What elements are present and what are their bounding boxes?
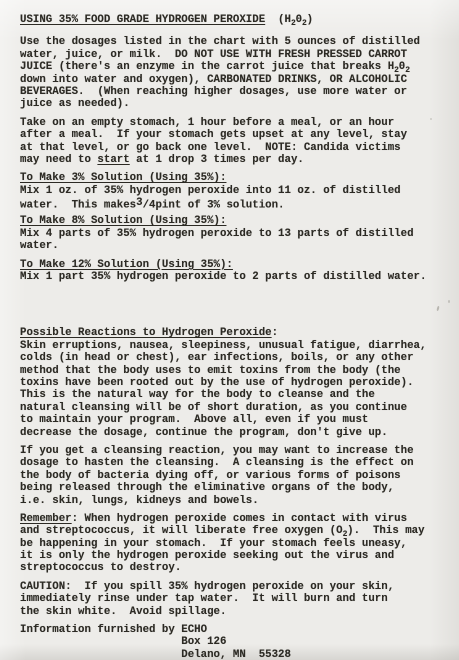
text-line: to maintain your program. Above all, eve… — [20, 414, 426, 426]
text-line: BEVERAGES. (When reaching higher dosages… — [20, 86, 426, 98]
text-line: decrease the dosage, continue the progra… — [20, 427, 426, 439]
block-caution: CAUTION: If you spill 35% hydrogen perox… — [20, 581, 426, 618]
document-content: USING 35% FOOD GRADE HYDROGEN PEROXIDE (… — [20, 14, 426, 660]
text-line: after a meal. If your stomach gets upset… — [20, 129, 426, 141]
text-line: streptococcus to destroy. — [20, 562, 426, 574]
text-line: Delano, MN 55328 — [20, 649, 426, 660]
text-segment: at 1 drop 3 times per day. — [130, 154, 304, 166]
text-segment: toxins have been rooted out by the use o… — [20, 377, 414, 389]
scanned-document-page: USING 35% FOOD GRADE HYDROGEN PEROXIDE (… — [0, 0, 459, 660]
text-segment: start — [97, 154, 129, 166]
text-segment: To Make 12% Solution (Using 35%): — [20, 259, 233, 271]
text-line: CAUTION: If you spill 35% hydrogen perox… — [20, 581, 426, 593]
text-line: water, juice, or milk. DO NOT USE WITH F… — [20, 49, 426, 61]
text-segment: If you get a cleansing reaction, you may… — [20, 445, 414, 457]
text-segment: This is the natural way for the body to … — [20, 389, 375, 401]
text-segment: Skin erruptions, nausea, sleepiness, unu… — [20, 340, 426, 352]
text-line: If you get a cleansing reaction, you may… — [20, 445, 426, 457]
text-segment: ). This may — [347, 525, 424, 537]
text-line: dosage to hasten the cleansing. A cleans… — [20, 457, 426, 469]
scan-speck — [448, 300, 450, 303]
text-line: the body of bacteria dying off, or vario… — [20, 470, 426, 482]
text-segment: CAUTION: If you spill 35% hydrogen perox… — [20, 581, 394, 593]
text-segment: natural cleansing will be of short durat… — [20, 402, 407, 414]
text-line: Skin erruptions, nausea, sleepiness, unu… — [20, 340, 426, 352]
text-segment: water, juice, or milk. DO NOT USE WITH F… — [20, 49, 407, 61]
text-segment: Mix 4 parts of 35% hydrogen peroxide to … — [20, 228, 414, 240]
text-line: may need to start at 1 drop 3 times per … — [20, 154, 426, 166]
text-segment: being released through the eliminative o… — [20, 482, 394, 494]
text-segment: and streptococcus, it will liberate free… — [20, 525, 343, 537]
block-make-3-percent: To Make 3% Solution (Using 35%):Mix 1 oz… — [20, 172, 426, 209]
text-segment: method that the body uses to emit toxins… — [20, 365, 401, 377]
text-line: Information furnished by ECHO — [20, 624, 426, 636]
text-line: immediately rinse under tap water. It wi… — [20, 593, 426, 605]
text-segment: ) — [307, 14, 313, 26]
text-line: Mix 4 parts of 35% hydrogen peroxide to … — [20, 228, 426, 240]
text-segment: i.e. skin, lungs, kidneys and bowels. — [20, 495, 259, 507]
text-segment: juice as needed). — [20, 98, 130, 110]
text-segment: Possible Reactions to Hydrogen Peroxide — [20, 327, 272, 339]
text-segment: Mix 1 part 35% hydrogen peroxide to 2 pa… — [20, 271, 426, 283]
text-segment: Remember — [20, 513, 72, 525]
text-line: down into water and oxygen), CARBONATED … — [20, 74, 426, 86]
text-segment: Mix 1 oz. of 35% hydrogen peroxide into … — [20, 185, 401, 197]
text-line: To Make 3% Solution (Using 35%): — [20, 172, 426, 184]
text-line: it is only the hydrogen peroxide seeking… — [20, 550, 426, 562]
text-segment: pint of 3% solution. — [155, 200, 284, 212]
text-line: This is the natural way for the body to … — [20, 389, 426, 401]
text-line: being released through the eliminative o… — [20, 482, 426, 494]
text-line: Mix 1 part 35% hydrogen peroxide to 2 pa… — [20, 271, 426, 283]
text-line: i.e. skin, lungs, kidneys and bowels. — [20, 495, 426, 507]
text-line: be happening in your stomach. If your st… — [20, 538, 426, 550]
text-segment: Use the dosages listed in the chart with… — [20, 36, 420, 48]
block-cleansing-reaction: If you get a cleansing reaction, you may… — [20, 445, 426, 507]
block-remember: Remember: When hydrogen peroxide comes i… — [20, 513, 426, 575]
text-segment: BEVERAGES. (When reaching higher dosages… — [20, 86, 407, 98]
text-segment: Box 126 — [20, 636, 226, 648]
text-line: juice as needed). — [20, 98, 426, 110]
text-line: toxins have been rooted out by the use o… — [20, 377, 426, 389]
text-segment: the skin white. Avoid spillage. — [20, 606, 226, 618]
text-segment: it is only the hydrogen peroxide seeking… — [20, 550, 394, 562]
block-possible-reactions: Possible Reactions to Hydrogen Peroxide:… — [20, 327, 426, 439]
text-segment: To Make 3% Solution (Using 35%): — [20, 172, 226, 184]
text-segment: Delano, MN 55328 — [20, 649, 291, 660]
text-segment: immediately rinse under tap water. It wi… — [20, 593, 388, 605]
text-segment: decrease the dosage, continue the progra… — [20, 427, 388, 439]
text-segment: to maintain your program. Above all, eve… — [20, 414, 368, 426]
text-line: Mix 1 oz. of 35% hydrogen peroxide into … — [20, 185, 426, 197]
text-segment: USING 35% FOOD GRADE HYDROGEN PEROXIDE — [20, 14, 265, 26]
text-segment: may need to — [20, 154, 97, 166]
text-segment: : — [272, 327, 278, 339]
text-segment: streptococcus to destroy. — [20, 562, 181, 574]
text-line: and streptococcus, it will liberate free… — [20, 525, 426, 537]
scan-speck — [430, 118, 432, 120]
text-line: natural cleansing will be of short durat… — [20, 402, 426, 414]
text-segment: down into water and oxygen), CARBONATED … — [20, 74, 407, 86]
text-line: JUICE (there's an enzyme in the carrot j… — [20, 61, 426, 73]
block-make-8-percent: To Make 8% Solution (Using 35%):Mix 4 pa… — [20, 215, 426, 252]
text-segment: JUICE (there's an enzyme in the carrot j… — [20, 61, 394, 73]
text-line: water. — [20, 240, 426, 252]
text-segment: the body of bacteria dying off, or vario… — [20, 470, 401, 482]
text-line: To Make 8% Solution (Using 35%): — [20, 215, 426, 227]
text-line: USING 35% FOOD GRADE HYDROGEN PEROXIDE (… — [20, 14, 426, 26]
text-segment: water. — [20, 240, 59, 252]
scan-speck — [436, 306, 439, 311]
text-line: Use the dosages listed in the chart with… — [20, 36, 426, 48]
text-line: Remember: When hydrogen peroxide comes i… — [20, 513, 426, 525]
text-segment: be happening in your stomach. If your st… — [20, 538, 407, 550]
text-segment: : When hydrogen peroxide comes in contac… — [72, 513, 407, 525]
block-usage-warning: Use the dosages listed in the chart with… — [20, 36, 426, 110]
text-line: water. This makes3/4pint of 3% solution. — [20, 197, 426, 209]
block-make-12-percent: To Make 12% Solution (Using 35%):Mix 1 p… — [20, 259, 426, 284]
text-segment: dosage to hasten the cleansing. A cleans… — [20, 457, 414, 469]
text-segment: To Make 8% Solution (Using 35%): — [20, 215, 226, 227]
text-line: Possible Reactions to Hydrogen Peroxide: — [20, 327, 426, 339]
block-title: USING 35% FOOD GRADE HYDROGEN PEROXIDE (… — [20, 14, 426, 26]
text-segment: water. This makes — [20, 200, 136, 212]
text-segment: Information furnished by ECHO — [20, 624, 207, 636]
block-dosing-schedule: Take on an empty stomach, 1 hour before … — [20, 117, 426, 167]
text-line: colds (in head or chest), ear infections… — [20, 352, 426, 364]
text-line: at that level, or go back one level. NOT… — [20, 142, 426, 154]
text-segment: /4 — [143, 200, 156, 212]
text-line: Box 126 — [20, 636, 426, 648]
text-segment: colds (in head or chest), ear infections… — [20, 352, 414, 364]
text-segment: at that level, or go back one level. NOT… — [20, 142, 401, 154]
text-segment: Take on an empty stomach, 1 hour before … — [20, 117, 394, 129]
text-line: To Make 12% Solution (Using 35%): — [20, 259, 426, 271]
text-line: Take on an empty stomach, 1 hour before … — [20, 117, 426, 129]
text-segment: (H — [265, 14, 291, 26]
block-footer-source: Information furnished by ECHO Box 126 De… — [20, 624, 426, 660]
text-line: the skin white. Avoid spillage. — [20, 606, 426, 618]
text-line: method that the body uses to emit toxins… — [20, 365, 426, 377]
text-segment: after a meal. If your stomach gets upset… — [20, 129, 407, 141]
